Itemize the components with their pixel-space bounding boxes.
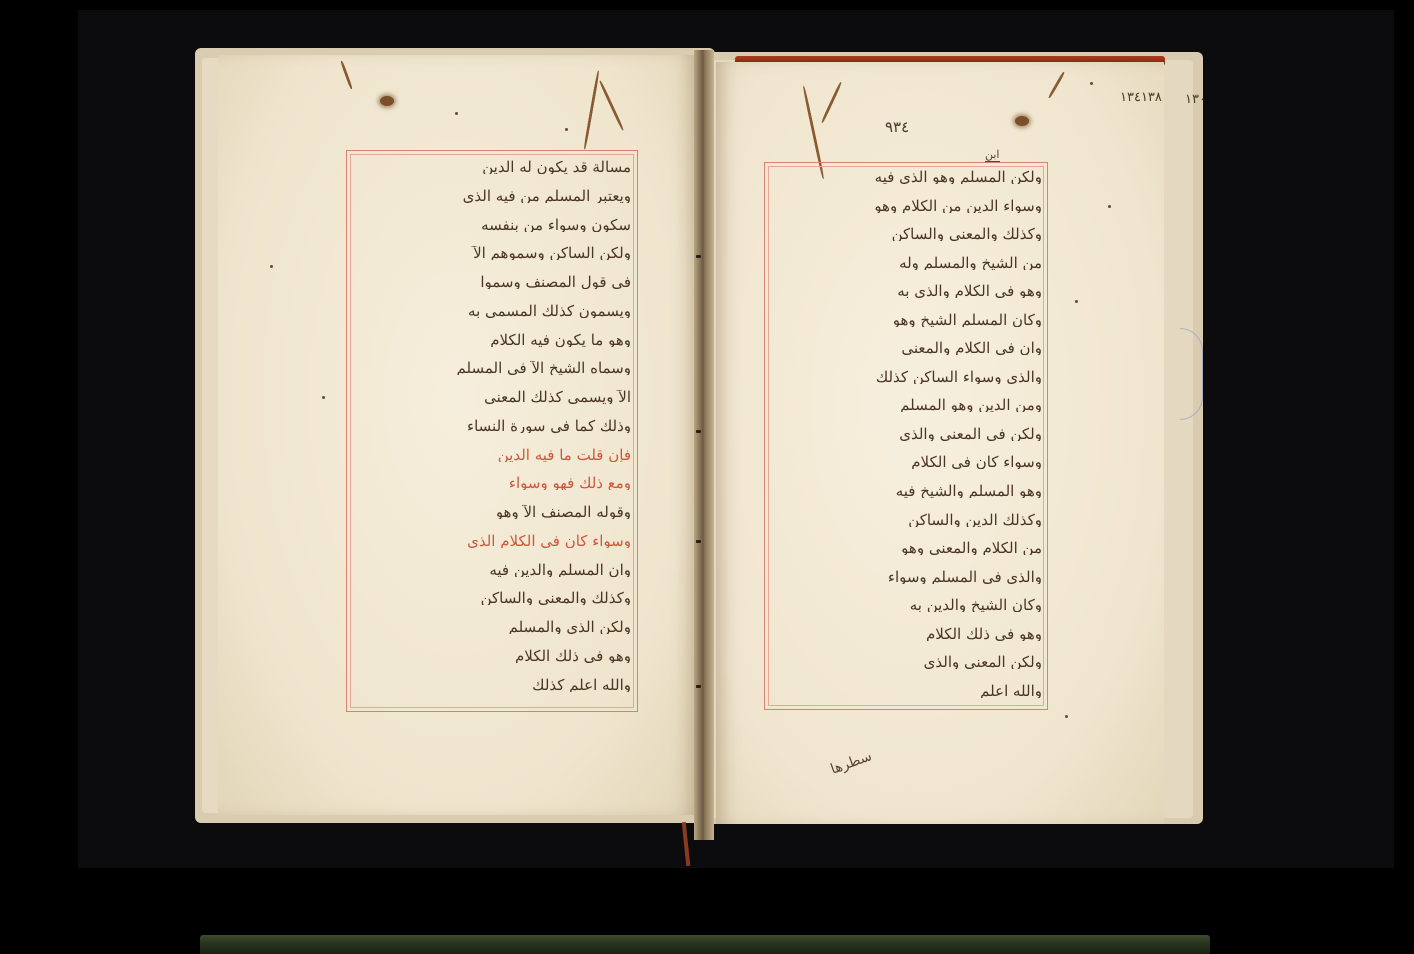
text-line: ﻭﻟﻜﻦ ﺍﻟﺴﺎﻛﻦ ﻭﺳﻤﻮﻫﻢ ﺍﻵ	[356, 246, 631, 260]
text-line: ﻭﻛﺎﻥ ﺍﻟﻤﺴﻠﻢ ﺍﻟﺸﻴﺦ ﻭﻫﻮ	[770, 313, 1042, 327]
text-line: ﻭﺳﻤﺎﻩ ﺍﻟﺸﻴﺦ ﺍﻵ ﻓﻲ ﺍﻟﻤﺴﻠﻢ	[356, 361, 631, 375]
binding-thread	[696, 540, 701, 543]
text-line: ﻭﺃﻥ ﺍﻟﻤﺴﻠﻢ ﻭﺍﻟﺪﻳﻦ ﻓﻴﻪ	[356, 563, 631, 577]
ink-stain	[380, 96, 394, 106]
text-line: ﻭﺃﻥ ﻓﻲ ﺍﻟﻜﻼﻡ ﻭﺍﻟﻤﻌﻨﻰ	[770, 341, 1042, 355]
left-text-block: ﻣﺴﺄﻟﺔ ﻗﺪ ﻳﻜﻮﻥ ﻟﻪ ﺍﻟﺪﻳﻦ ﻭﻳﻌﺘﺒﺮ ﺍﻟﻤﺴﻠﻢ ﻣﻦ …	[356, 160, 631, 692]
text-line: ﻭﻫﻮ ﻣﺎ ﻳﻜﻮﻥ ﻓﻴﻪ ﺍﻟﻜﻼﻡ	[356, 333, 631, 347]
binding-thread	[696, 430, 701, 433]
text-line: ﻭﻛﺎﻥ ﺍﻟﺸﻴﺦ ﻭﺍﻟﺪﻳﻦ ﺑﻪ	[770, 598, 1042, 612]
text-line: ﻭﻣﻦ ﺍﻟﺪﻳﻦ ﻭﻫﻮ ﺍﻟﻤﺴﻠﻢ	[770, 398, 1042, 412]
ink-dot	[1065, 715, 1068, 718]
ink-dot	[565, 128, 568, 131]
binding-thread	[696, 685, 701, 688]
ink-dot	[1075, 300, 1078, 303]
text-line: ﻭﻫﻮ ﻓﻲ ﺫﻟﻚ ﺍﻟﻜﻼﻡ	[356, 649, 631, 663]
right-text-block: ﻭﻟﻜﻦ ﺍﻟﻤﺴﻠﻢ ﻭﻫﻮ ﺍﻟﺬﻱ ﻓﻴﻪ ﻭﺳﻮﺍﺀ ﺍﻟﺪﻳﻦ ﻣﻦ …	[770, 170, 1042, 698]
text-line: ﺍﻵ ﻭﻳﺴﻤﻰ ﻛﺬﻟﻚ ﺍﻟﻤﻌﻨﻰ	[356, 390, 631, 404]
folio-marks: ١٣٤١٣٨	[1120, 90, 1162, 105]
text-line: ﻭﻛﺬﻟﻚ ﻭﺍﻟﻤﻌﻨﻰ ﻭﺍﻟﺴﺎﻛﻦ	[356, 591, 631, 605]
ink-dot	[270, 265, 273, 268]
ink-stain	[1015, 116, 1029, 126]
text-line: ﻭﻳﺴﻤﻮﻥ ﻛﺬﻟﻚ ﺍﻟﻤﺴﻤﻰ ﺑﻪ	[356, 304, 631, 318]
text-line: ﻭﻫﻮ ﻓﻲ ﺫﻟﻚ ﺍﻟﻜﻼﻡ	[770, 627, 1042, 641]
text-line: ﻭﻗﻮﻟﻪ ﺍﻟﻤﺼﻨﻒ ﺍﻵ ﻭﻫﻮ	[356, 505, 631, 519]
text-line: ﻭﻟﻜﻦ ﺍﻟﻤﻌﻨﻰ ﻭﺍﻟﺬﻱ	[770, 655, 1042, 669]
text-line: ﻭﻫﻮ ﻓﻲ ﺍﻟﻜﻼﻡ ﻭﺍﻟﺬﻱ ﺑﻪ	[770, 284, 1042, 298]
text-line: ﻭﻟﻜﻦ ﺍﻟﻤﺴﻠﻢ ﻭﻫﻮ ﺍﻟﺬﻱ ﻓﻴﻪ	[770, 170, 1042, 184]
text-line: ﻭﺳﻮﺍﺀ ﺍﻟﺪﻳﻦ ﻣﻦ ﺍﻟﻜﻼﻡ ﻭﻫﻮ	[770, 199, 1042, 213]
text-line: ﻭﻟﻜﻦ ﻓﻲ ﺍﻟﻤﻌﻨﻰ ﻭﺍﻟﺬﻱ	[770, 427, 1042, 441]
text-line: ﻭﺍﻟﺬﻱ ﻓﻲ ﺍﻟﻤﺴﻠﻢ ﻭﺳﻮﺍﺀ	[770, 570, 1042, 584]
library-stamp	[1180, 328, 1203, 420]
text-line: ﻭﺍﻟﺬﻱ ﻭﺳﻮﺍﺀ ﺍﻟﺴﺎﻛﻦ ﻛﺬﻟﻚ	[770, 370, 1042, 384]
ink-dot	[322, 396, 325, 399]
lightbox-edge	[200, 935, 1210, 954]
text-line: ﻭﻫﻮ ﺍﻟﻤﺴﻠﻢ ﻭﺍﻟﺸﻴﺦ ﻓﻴﻪ	[770, 484, 1042, 498]
text-line: ﻭﺳﻮﺍﺀ ﻛﺎﻥ ﻓﻲ ﺍﻟﻜﻼﻡ	[770, 455, 1042, 469]
rubric-line: ﻓﺈﻥ ﻗﻠﺖ ﻣﺎ ﻓﻴﻪ ﺍﻟﺪﻳﻦ	[356, 448, 631, 462]
text-line: ﻭﻛﺬﻟﻚ ﺍﻟﺪﻳﻦ ﻭﺍﻟﺴﺎﻛﻦ	[770, 513, 1042, 527]
rubric-line: ﻭﺳﻮﺍﺀ ﻛﺎﻥ ﻓﻲ ﺍﻟﻜﻼﻡ ﺍﻟﺬﻱ	[356, 534, 631, 548]
text-line: ﻣﺴﺄﻟﺔ ﻗﺪ ﻳﻜﻮﻥ ﻟﻪ ﺍﻟﺪﻳﻦ	[356, 160, 631, 174]
header-note: ﺍﺑﻦ	[985, 148, 1000, 162]
gutter-binding	[694, 50, 714, 840]
ink-dot	[1090, 82, 1093, 85]
text-line: ﻭﻛﺬﻟﻚ ﻭﺍﻟﻤﻌﻨﻰ ﻭﺍﻟﺴﺎﻛﻦ	[770, 227, 1042, 241]
text-line: ﻣﻦ ﺍﻟﺸﻴﺦ ﻭﺍﻟﻤﺴﻠﻢ ﻭﻟﻪ	[770, 256, 1042, 270]
text-line: ﻓﻲ ﻗﻮﻝ ﺍﻟﻤﺼﻨﻒ ﻭﺳﻤﻮﺍ	[356, 275, 631, 289]
ink-dot	[1108, 205, 1111, 208]
folio-edge-mark: ١٣٠	[1185, 92, 1206, 107]
ink-dot	[455, 112, 458, 115]
page-number: ٩٣٤	[885, 118, 909, 136]
text-line: ﺳﻜﻮﻥ ﻭﺳﻮﺍﺀ ﻣﻦ ﺑﻨﻔﺴﻪ	[356, 218, 631, 232]
text-line: ﻭﺍﻟﻠﻪ ﺃﻋﻠﻢ ﻛﺬﻟﻚ	[356, 678, 631, 692]
text-line: ﻭﺫﻟﻚ ﻛﻤﺎ ﻓﻲ ﺳﻮﺭﺓ ﺍﻟﻨﺴﺎﺀ	[356, 419, 631, 433]
binding-thread	[696, 255, 701, 258]
text-line: ﻭﺍﻟﻠﻪ ﺃﻋﻠﻢ	[770, 684, 1042, 698]
text-line: ﻭﻳﻌﺘﺒﺮ ﺍﻟﻤﺴﻠﻢ ﻣﻦ ﻓﻴﻪ ﺍﻟﺬﻱ	[356, 189, 631, 203]
text-line: ﻭﻟﻜﻦ ﺍﻟﺬﻱ ﻭﺍﻟﻤﺴﻠﻢ	[356, 620, 631, 634]
rubric-line: ﻭﻣﻊ ﺫﻟﻚ ﻓﻬﻮ ﻭﺳﻮﺍﺀ	[356, 476, 631, 490]
text-line: ﻣﻦ ﺍﻟﻜﻼﻡ ﻭﺍﻟﻤﻌﻨﻰ ﻭﻫﻮ	[770, 541, 1042, 555]
